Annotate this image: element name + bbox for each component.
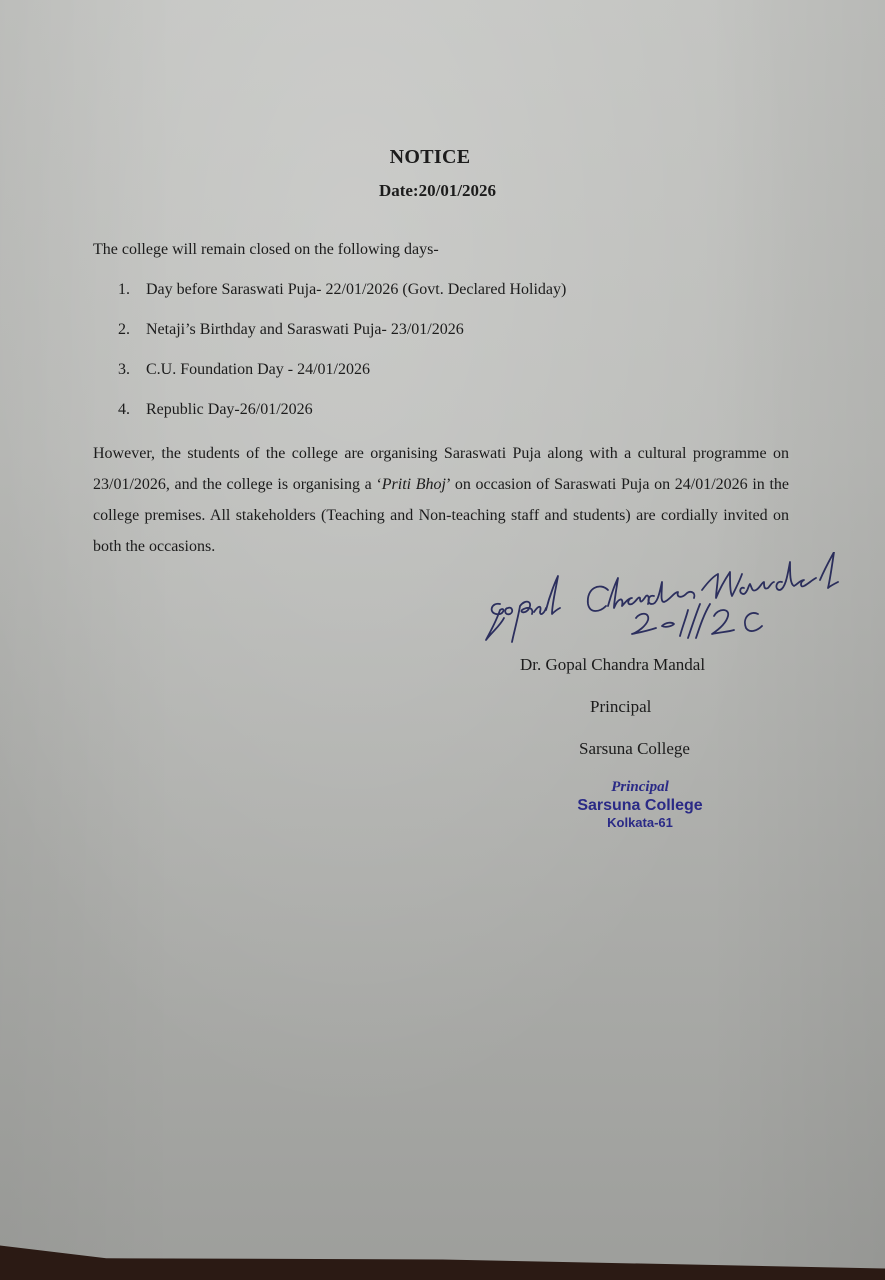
list-item: 4. Republic Day-26/01/2026 xyxy=(118,401,566,441)
closure-list: 1. Day before Saraswati Puja- 22/01/2026… xyxy=(118,281,566,441)
handwritten-signature xyxy=(482,552,852,652)
notice-title: NOTICE xyxy=(0,146,860,169)
stamp-role: Principal xyxy=(560,778,720,796)
list-item-text: Netaji’s Birthday and Saraswati Puja- 23… xyxy=(146,321,464,361)
notice-paper: NOTICE Date:20/01/2026 The college will … xyxy=(0,0,885,1280)
invitation-paragraph: However, the students of the college are… xyxy=(93,438,789,562)
signatory-name: Dr. Gopal Chandra Mandal xyxy=(520,655,705,675)
list-item-text: C.U. Foundation Day - 24/01/2026 xyxy=(146,361,370,401)
official-stamp: Principal Sarsuna College Kolkata-61 xyxy=(560,778,720,831)
list-item: 3. C.U. Foundation Day - 24/01/2026 xyxy=(118,361,566,401)
stamp-institution: Sarsuna College xyxy=(560,796,720,815)
intro-text: The college will remain closed on the fo… xyxy=(93,241,439,259)
priti-bhoj-emphasis: Priti Bhoj xyxy=(382,476,446,493)
list-item-text: Day before Saraswati Puja- 22/01/2026 (G… xyxy=(146,281,566,321)
list-number: 1. xyxy=(118,281,146,321)
list-item: 2. Netaji’s Birthday and Saraswati Puja-… xyxy=(118,321,566,361)
list-number: 4. xyxy=(118,401,146,441)
stamp-place: Kolkata-61 xyxy=(560,815,720,831)
list-number: 2. xyxy=(118,321,146,361)
list-number: 3. xyxy=(118,361,146,401)
notice-date: Date:20/01/2026 xyxy=(0,181,875,201)
list-item-text: Republic Day-26/01/2026 xyxy=(146,401,313,441)
signatory-designation: Principal xyxy=(590,697,651,717)
list-item: 1. Day before Saraswati Puja- 22/01/2026… xyxy=(118,281,566,321)
signatory-institution: Sarsuna College xyxy=(579,739,690,759)
